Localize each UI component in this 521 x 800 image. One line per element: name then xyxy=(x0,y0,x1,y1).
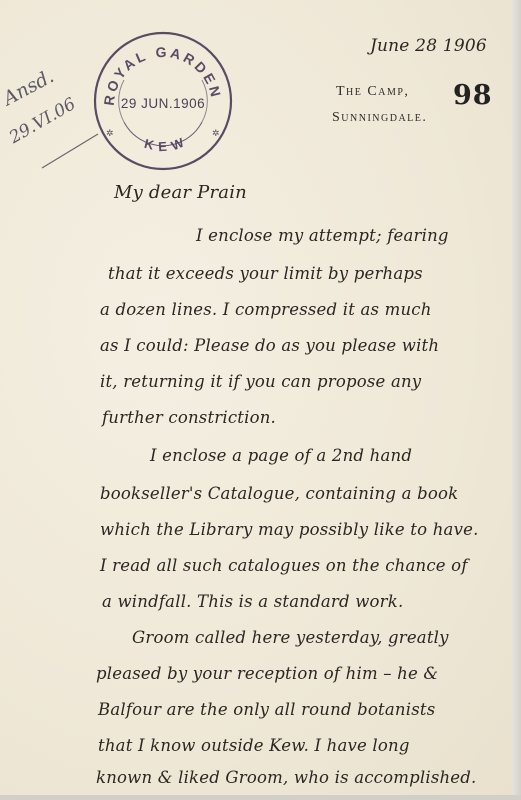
pencil-annotation-ansd: Ansd. xyxy=(0,65,58,110)
body-line-4: as I could: Please do as you please with xyxy=(100,336,439,355)
svg-text:KEW: KEW xyxy=(143,132,192,154)
body-line-3: a dozen lines. I compressed it as much xyxy=(100,300,432,319)
scan-edge-bottom xyxy=(0,795,521,800)
body-line-14: Balfour are the only all round botanists xyxy=(98,700,435,719)
body-line-16: known & liked Groom, who is accomplished… xyxy=(96,768,476,787)
body-line-8: bookseller's Catalogue, containing a boo… xyxy=(100,484,458,503)
letter-date: June 28 1906 xyxy=(370,36,487,56)
body-line-5: it, returning it if you can propose any xyxy=(100,372,421,391)
svg-text:✲: ✲ xyxy=(106,128,114,138)
scan-edge-right xyxy=(512,0,521,800)
svg-text:ROYAL GARDENS: ROYAL GARDENS xyxy=(92,30,225,106)
body-line-9: which the Library may possibly like to h… xyxy=(100,520,479,539)
body-line-13: pleased by your reception of him – he & xyxy=(96,664,438,683)
svg-text:29 JUN.1906: 29 JUN.1906 xyxy=(121,96,205,111)
body-line-11: a windfall. This is a standard work. xyxy=(102,592,403,611)
letterhead-line-1: The Camp, xyxy=(336,84,409,100)
letterhead-line-2: Sunningdale. xyxy=(332,110,427,126)
salutation: My dear Prain xyxy=(114,182,247,203)
body-line-6: further constriction. xyxy=(102,408,276,427)
body-line-10: I read all such catalogues on the chance… xyxy=(100,556,468,575)
royal-gardens-kew-stamp: ROYAL GARDENS KEW 29 JUN.1906 ✲ ✲ xyxy=(92,30,234,172)
body-line-15: that I know outside Kew. I have long xyxy=(98,736,410,755)
letter-page: Ansd. 29.VI.06 ROYAL GARDENS KEW 29 JUN.… xyxy=(0,0,512,795)
body-line-12: Groom called here yesterday, greatly xyxy=(132,628,449,647)
folio-number: 98 xyxy=(453,80,493,111)
body-line-7: I enclose a page of a 2nd hand xyxy=(150,446,412,465)
body-line-2: that it exceeds your limit by perhaps xyxy=(108,264,423,283)
pencil-stroke xyxy=(40,130,100,170)
svg-text:✲: ✲ xyxy=(212,128,220,138)
body-line-1: I enclose my attempt; fearing xyxy=(196,226,449,245)
